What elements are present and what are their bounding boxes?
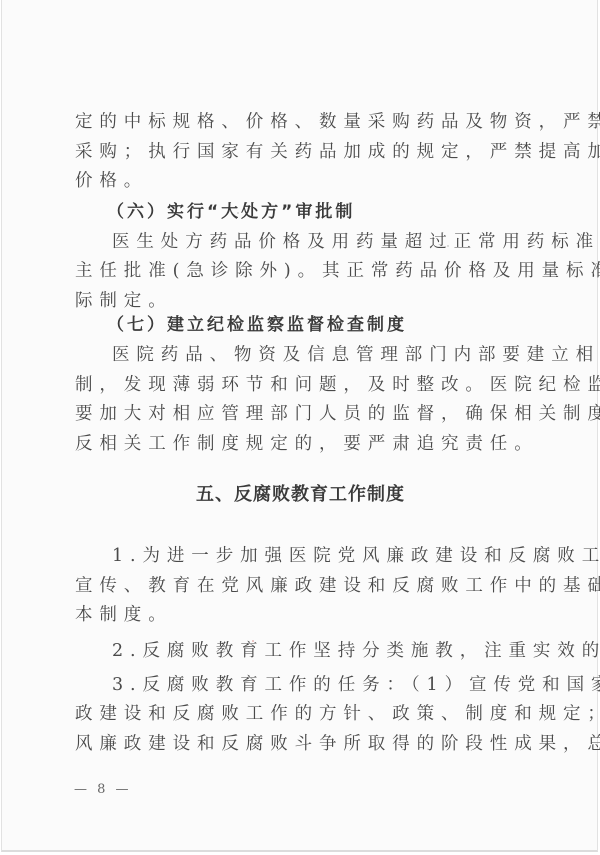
scan-speck [252,640,254,642]
chapter-heading: 五、反腐败教育工作制度 [2,483,599,507]
paragraph-line: 政建设和反腐败工作的方针、政策、制度和规定；（2）宣传党 [75,703,535,725]
paragraph-line: 医生处方药品价格及用药量超过正常用药标准的，必须经科 [112,231,572,253]
paragraph-line: 本制度。 [75,604,535,626]
section-7-title: （七）建立纪检监察监督检查制度 [107,314,407,336]
page-number: — 8 — [74,782,132,797]
paragraph-line: 价格。 [75,170,535,192]
paragraph-line: 制，发现薄弱环节和问题，及时整改。医院纪检监察、纠风人员 [75,374,535,396]
paragraph-line: 要加大对相应管理部门人员的监督，确保相关制度的落实，对违 [75,403,535,425]
paragraph-line: 风廉政建设和反腐败斗争所取得的阶段性成果，总结推广反腐倡 [75,733,535,755]
scan-speck [447,245,449,247]
paragraph-line: 医院药品、物资及信息管理部门内部要建立相互制约的机 [112,344,572,366]
paragraph-line: 宣传、教育在党风廉政建设和反腐败工作中的基础性作用，制定 [75,575,535,597]
paragraph-line: 反相关工作制度规定的，要严肃追究责任。 [75,433,535,455]
paragraph-line: 际制定。 [75,290,535,312]
paragraph-line: 定的中标规格、价格、数量采购药品及物资，严禁合同之外擅自 [75,111,535,133]
section-6-title: （六）实行“大处方”审批制 [107,201,355,223]
paragraph-line: 采购；执行国家有关药品加成的规定，严禁提高加成比例和药品 [75,141,535,163]
paragraph-line: 2.反腐败教育工作坚持分类施教，注重实效的原则。 [112,640,572,662]
paragraph-line: 3.反腐败教育工作的任务：（1）宣传党和国家关于党风廉 [112,674,572,696]
paragraph-line: 1.为进一步加强医院党风廉政建设和反腐败工作，充分发挥 [112,545,572,567]
scan-speck [237,212,239,214]
document-page: 定的中标规格、价格、数量采购药品及物资，严禁合同之外擅自 采购；执行国家有关药品… [1,0,598,852]
paragraph-line: 主任批准(急诊除外)。其正常药品价格及用量标准可结合本院实 [75,260,535,282]
